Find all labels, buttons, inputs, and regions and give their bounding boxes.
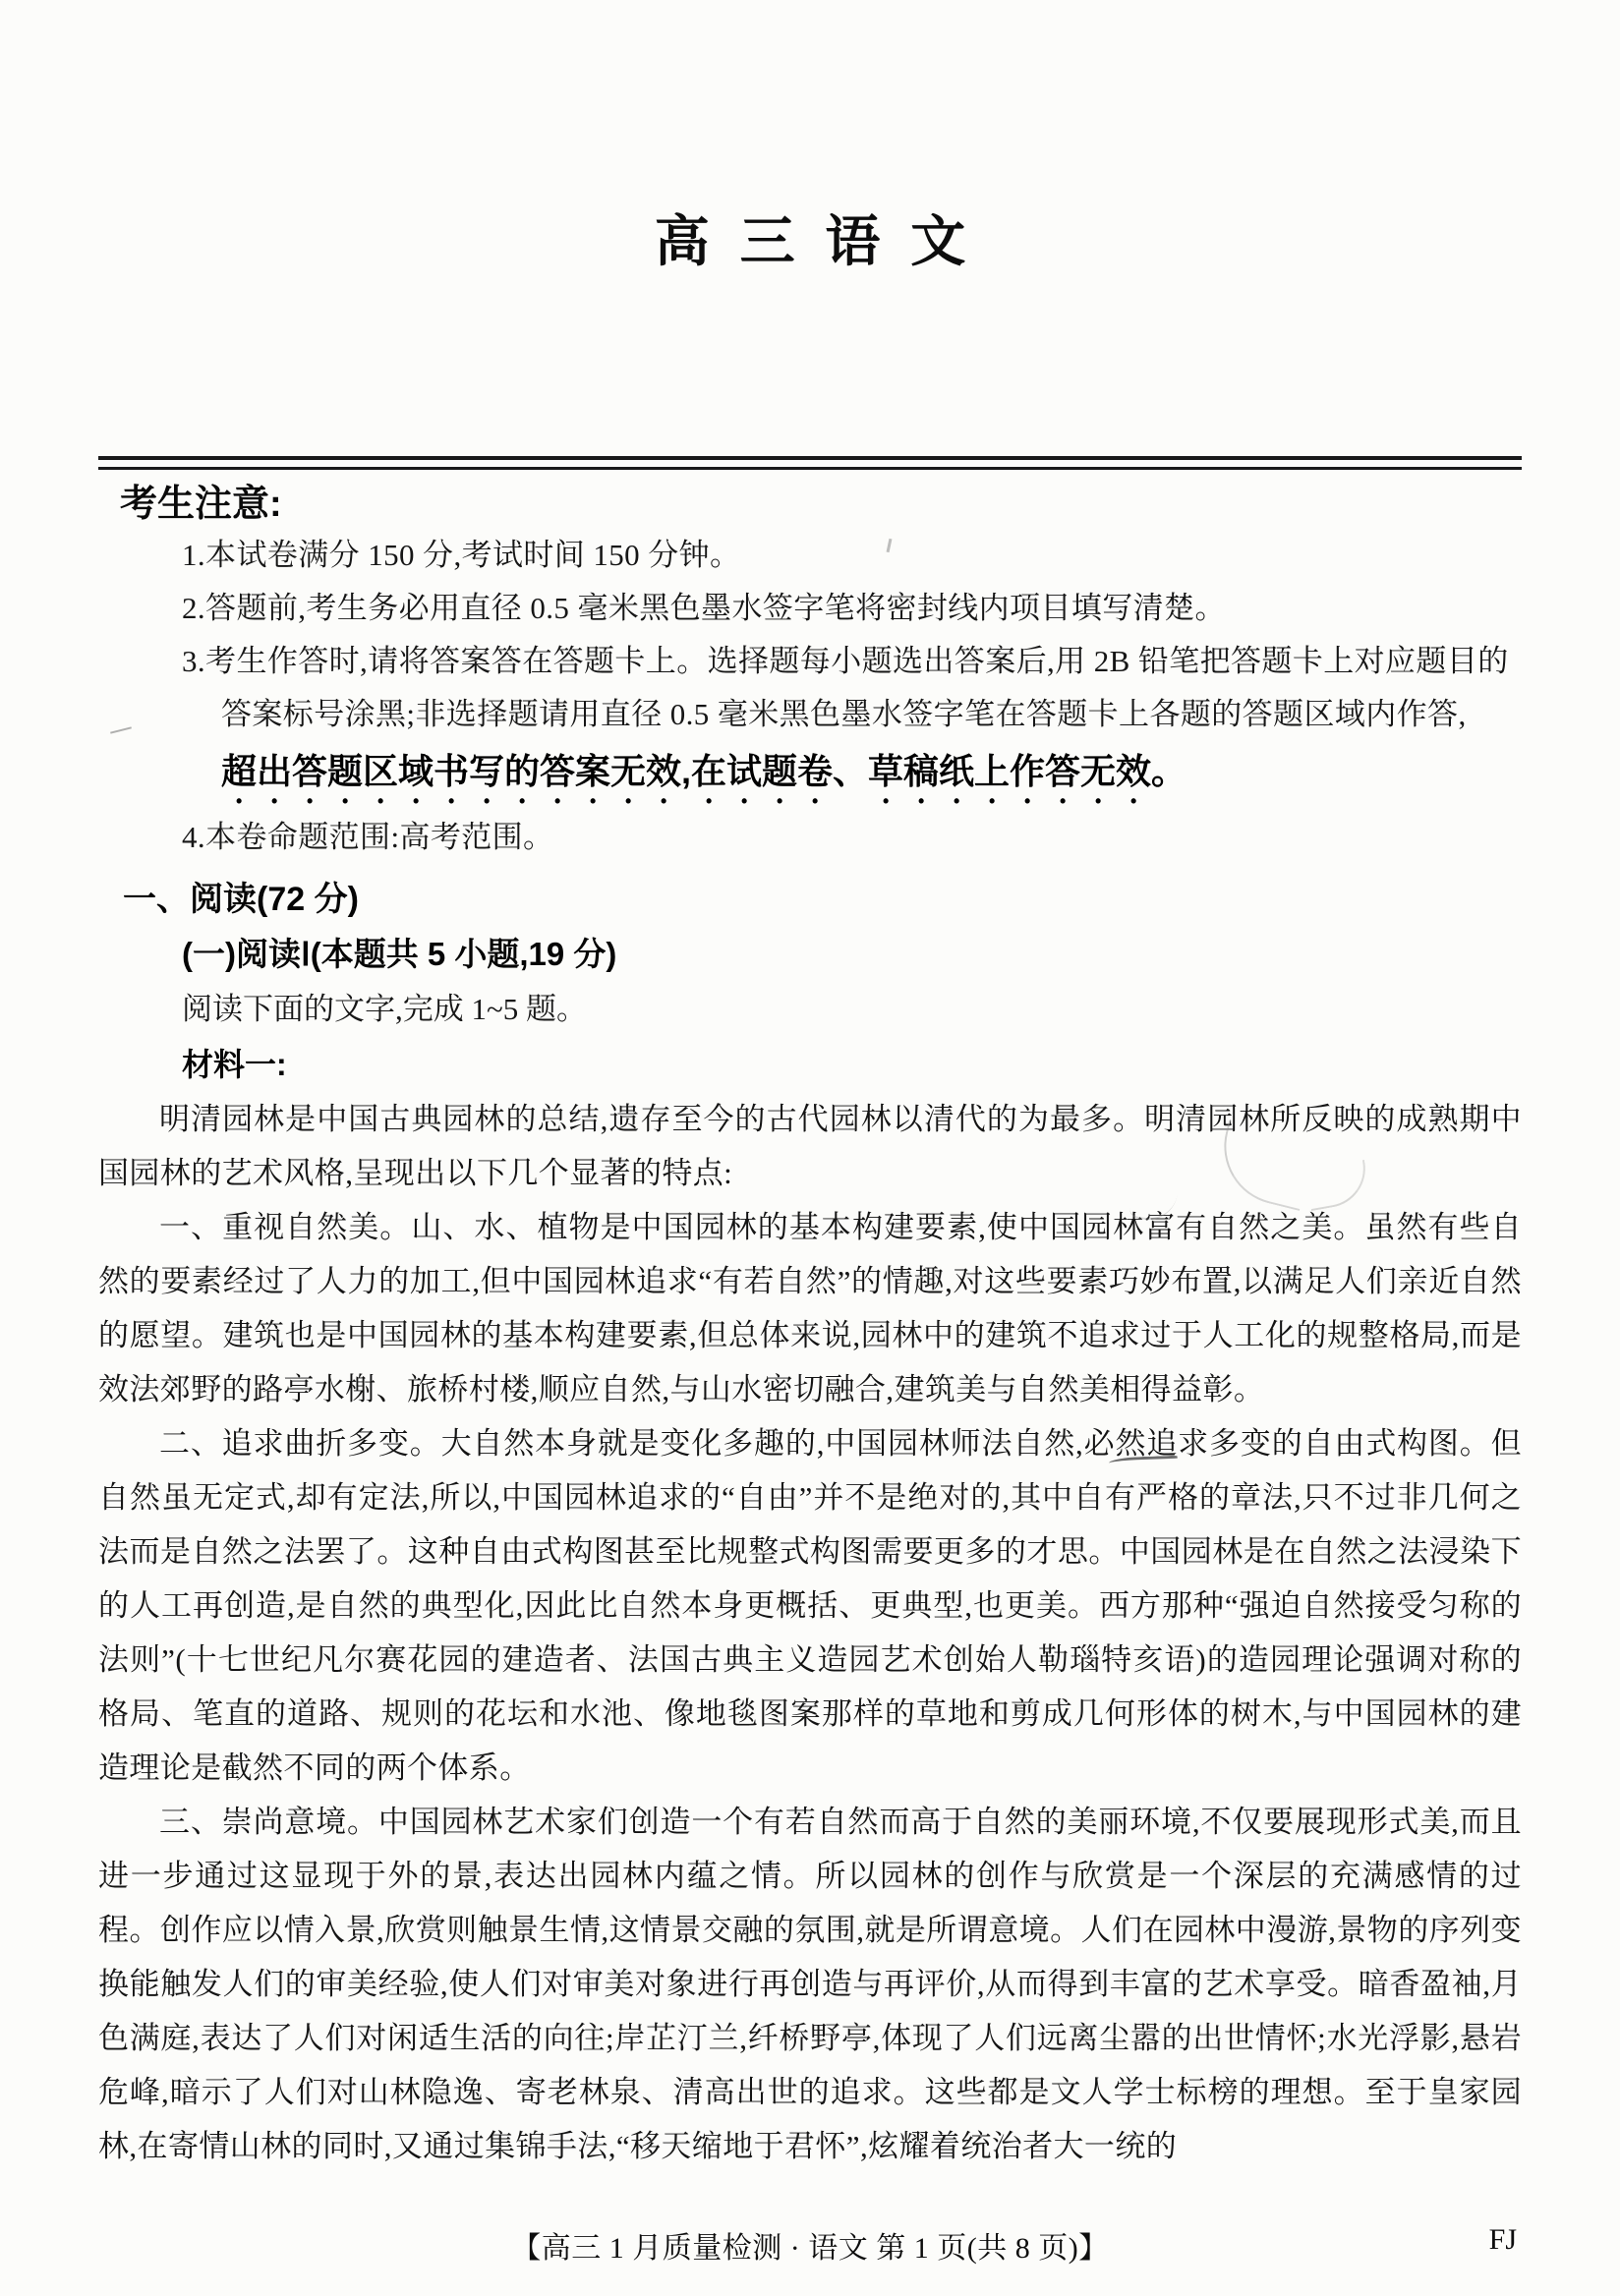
scanned-exam-page: 高三语文 考生注意: 1.本试卷满分 150 分,考试时间 150 分钟。 2.… xyxy=(0,0,1620,2296)
notice-item-3-line-2: 答案标号涂黑;非选择题请用直径 0.5 毫米黑色墨水签字笔在答题卡上各题的答题区… xyxy=(98,688,1522,741)
article-paragraph-4: 三、崇尚意境。中国园林艺术家们创造一个有若自然而高于自然的美丽环境,不仅要展现形… xyxy=(98,1795,1522,2173)
page-content: 高三语文 考生注意: 1.本试卷满分 150 分,考试时间 150 分钟。 2.… xyxy=(98,0,1522,2173)
notice-item-3-line-1: 3.考生作答时,请将答案答在答题卡上。选择题每小题选出答案后,用 2B 铅笔把答… xyxy=(98,635,1522,688)
page-footer: 【高三 1 月质量检测 · 语文 第 1 页(共 8 页)】 xyxy=(0,2223,1620,2267)
notice-item-3-emphasized: 超出答题区域书写的答案无效,在试题卷、草稿纸上作答无效。 xyxy=(98,741,1522,811)
footer-code: FJ xyxy=(1489,2223,1517,2257)
notice-heading: 考生注意: xyxy=(98,480,1522,529)
article-paragraph-3: 二、追求曲折多变。大自然本身就是变化多趣的,中国园林师法自然,必然追求多变的自由… xyxy=(98,1416,1522,1795)
article-paragraph-1: 明清园林是中国古典园林的总结,遗存至今的古代园林以清代的为最多。明清园林所反映的… xyxy=(98,1092,1522,1200)
section-heading-reading: 一、阅读(72 分) xyxy=(98,872,1522,927)
header-divider xyxy=(98,456,1522,470)
notice-item-4: 4.本卷命题范围:高考范围。 xyxy=(98,811,1522,864)
article-paragraph-2: 一、重视自然美。山、水、植物是中国园林的基本构建要素,使中国园林富有自然之美。虽… xyxy=(98,1200,1522,1416)
page-title: 高三语文 xyxy=(98,206,1522,279)
reading-instruction: 阅读下面的文字,完成 1~5 题。 xyxy=(98,982,1522,1037)
material-1-text: 明清园林是中国古典园林的总结,遗存至今的古代园林以清代的为最多。明清园林所反映的… xyxy=(98,1092,1522,2173)
reading-part-1-subheading: (一)阅读Ⅰ(本题共 5 小题,19 分) xyxy=(98,927,1522,982)
notice-item-2: 2.答题前,考生务必用直径 0.5 毫米黑色墨水签字笔将密封线内项目填写清楚。 xyxy=(98,582,1522,635)
material-1-label: 材料一: xyxy=(98,1037,1522,1092)
notice-item-1: 1.本试卷满分 150 分,考试时间 150 分钟。 xyxy=(98,529,1522,582)
